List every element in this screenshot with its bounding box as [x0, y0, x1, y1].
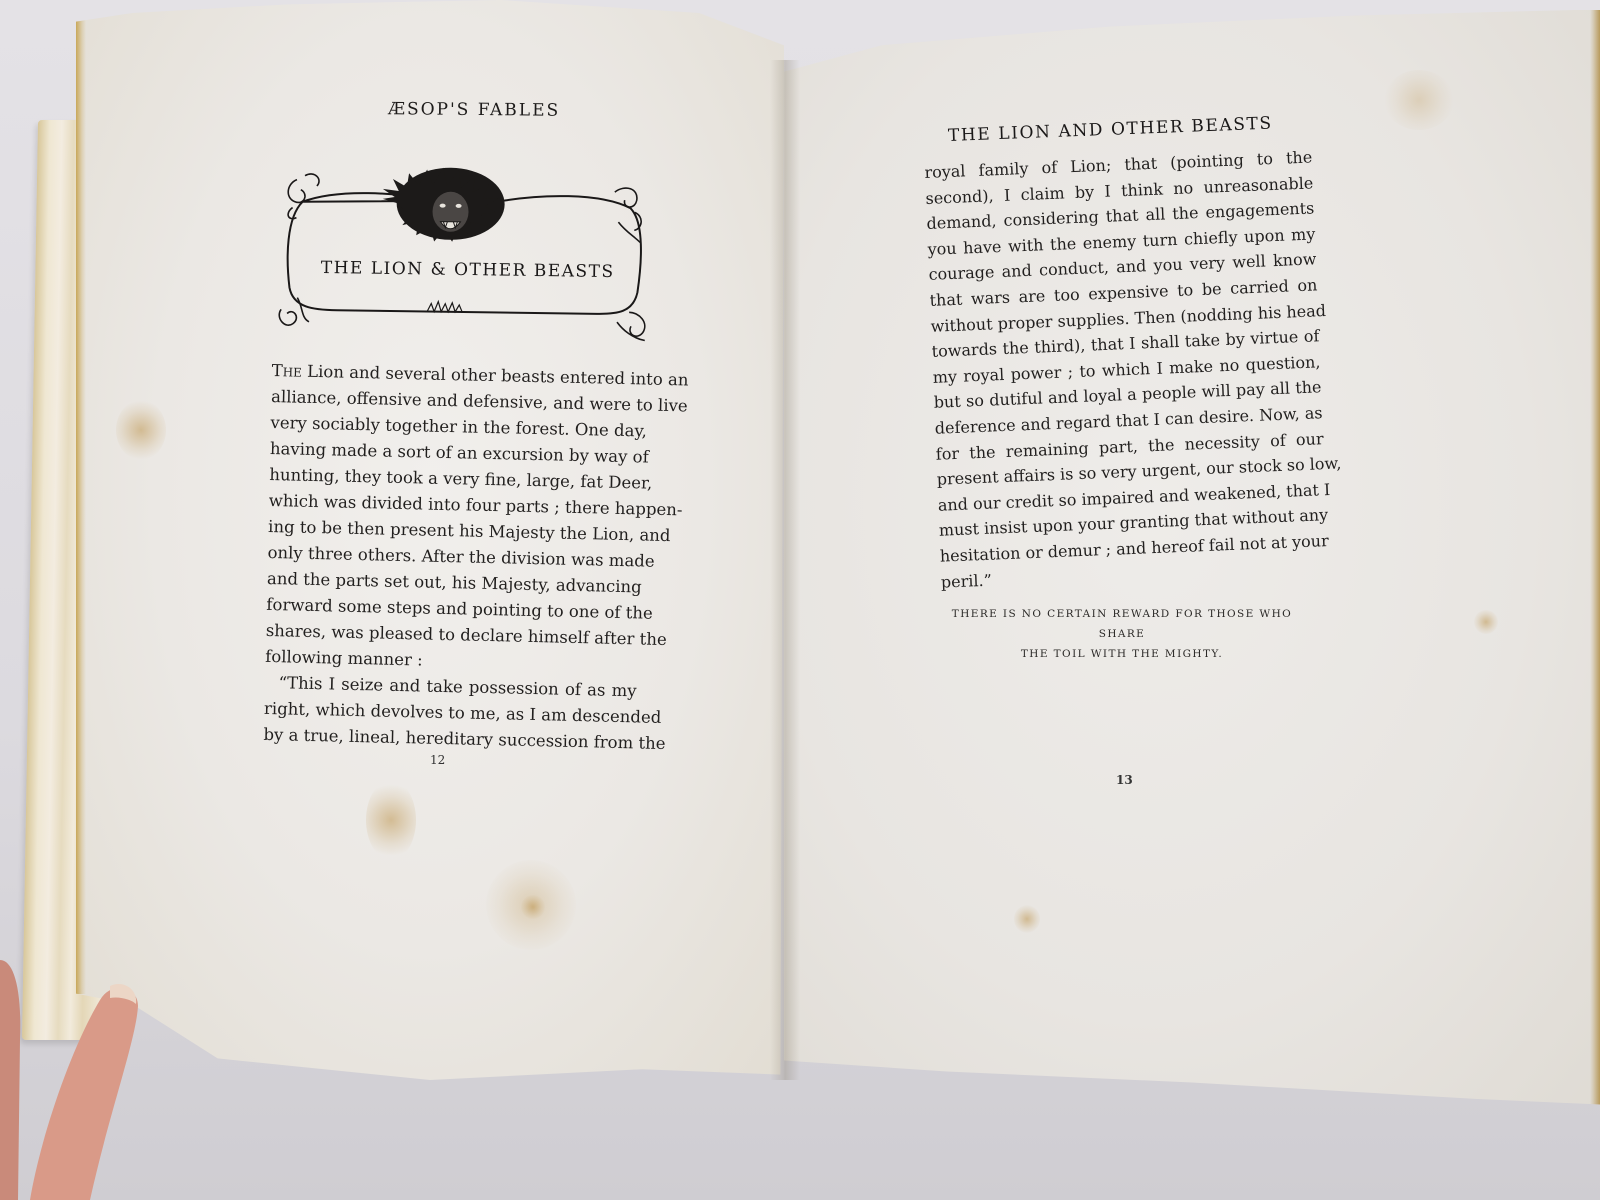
- foxing-stain: [366, 780, 416, 860]
- foxing-stain: [1384, 70, 1454, 130]
- moral-line: THERE IS NO CERTAIN REWARD FOR THOSE WHO…: [936, 604, 1308, 644]
- lion-head-icon: [382, 167, 505, 243]
- chapter-vignette: THE LION & OTHER BEASTS: [277, 157, 655, 342]
- book-gutter: [770, 60, 800, 1080]
- fable-moral: THERE IS NO CERTAIN REWARD FOR THOSE WHO…: [936, 604, 1308, 664]
- drop-lead: The: [272, 361, 303, 381]
- chapter-title: THE LION & OTHER BEASTS: [318, 258, 618, 282]
- finger-holding-page-icon: [0, 960, 140, 1200]
- right-body-text: royal family of Lion; that (pointing to …: [924, 144, 1329, 594]
- foxing-stain: [116, 400, 166, 460]
- running-head-left: ÆSOP'S FABLES: [388, 99, 560, 121]
- left-body-text: The Lion and several other beasts entere…: [263, 358, 644, 756]
- foxing-stain: [1014, 905, 1040, 933]
- page-number-left: 12: [430, 753, 445, 767]
- page-number-right: 13: [1116, 773, 1133, 787]
- foxing-stain: [521, 895, 545, 919]
- foxing-stain: [1474, 610, 1498, 634]
- moral-line: THE TOIL WITH THE MIGHTY.: [936, 644, 1308, 664]
- ornamental-frame-icon: [277, 157, 655, 342]
